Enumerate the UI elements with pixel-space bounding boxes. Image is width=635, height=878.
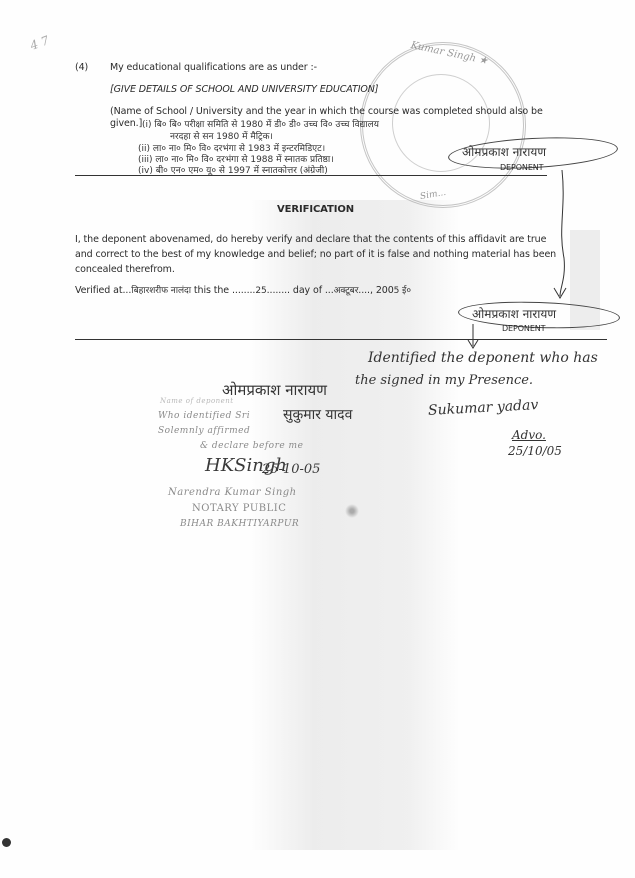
deponent-label: DEPONENT — [500, 163, 543, 172]
deponent-signature: ओमप्रकाश नारायण — [472, 305, 556, 322]
verification-body-line2: and correct to the best of my knowledge … — [75, 249, 556, 260]
notary-date: 25-10-05 — [262, 462, 320, 477]
year-prefix: 200 — [376, 285, 394, 296]
day-of-label: day of — [293, 285, 322, 296]
verified-at-label: Verified at — [75, 285, 122, 296]
solemnly-line: Solemnly affirmed — [158, 426, 250, 436]
identification-line1: Identified the deponent who has — [368, 350, 598, 366]
deponent-signature: ओमप्रकाश नारायण — [462, 143, 546, 160]
identification-line2: the signed in my Presence. — [355, 373, 533, 388]
verification-heading: VERIFICATION — [277, 204, 354, 215]
affidavit-page: 4 7 Kumar Singh ★ Sim... (4) My educatio… — [0, 0, 635, 878]
declare-line: & declare before me — [200, 441, 303, 451]
section-number: (4) — [75, 62, 88, 73]
section-instruction: [GIVE DETAILS OF SCHOOL AND UNIVERSITY E… — [110, 84, 378, 95]
notary-title: NOTARY PUBLIC — [192, 503, 286, 514]
identified-by-label: Who identified Sri — [158, 411, 250, 421]
notary-place: BIHAR BAKHTIYARPUR — [180, 519, 299, 529]
notary-deponent-signature: ओमप्रकाश नारायण — [222, 380, 327, 400]
verified-at-value: बिहारशरीफ नालंदा — [131, 286, 191, 296]
year-value: 5 ई० — [394, 286, 411, 296]
divider-line — [75, 339, 607, 340]
notary-name: Narendra Kumar Singh — [168, 487, 297, 498]
margin-marks: 4 7 — [28, 33, 51, 53]
month-value: अक्टूबर — [334, 286, 359, 296]
section-note-line2: given.] — [110, 118, 142, 129]
ink-blot — [345, 504, 359, 518]
deponent-label: DEPONENT — [502, 324, 545, 333]
section-note-line1: (Name of School / University and the yea… — [110, 106, 543, 117]
verification-body-line1: I, the deponent abovenamed, do hereby ve… — [75, 234, 546, 245]
divider-line — [75, 175, 547, 176]
advocate-date: 25/10/05 — [508, 444, 562, 458]
verified-line: Verified at...बिहारशरीफ नालंदा this the … — [75, 283, 411, 296]
punch-hole — [2, 838, 11, 847]
identifier-signature: सुकुमार यादव — [283, 405, 352, 424]
section-intro: My educational qualifications are as und… — [110, 62, 317, 73]
advocate-title: Advo. — [512, 428, 546, 442]
this-the-label: this the — [194, 285, 229, 296]
verification-body-line3: concealed therefrom. — [75, 264, 175, 275]
day-value: 25 — [255, 286, 266, 296]
